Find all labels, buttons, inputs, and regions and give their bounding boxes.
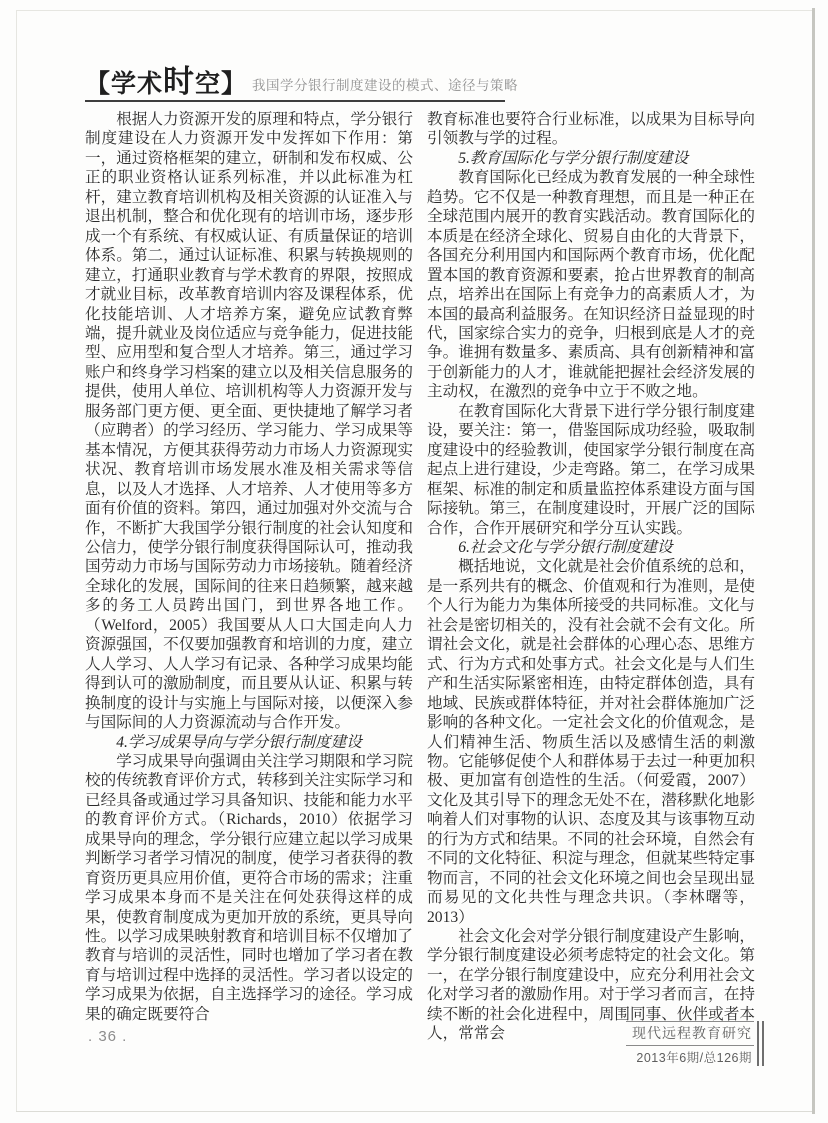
running-head-article-title: 我国学分银行制度建设的模式、途径与策略 <box>252 74 518 97</box>
paragraph-continuation: 教育标准也要符合行业标准，以成果为目标导向引领教与学的过程。 <box>427 110 755 149</box>
scan-edge-top <box>16 10 812 11</box>
header-rule <box>85 100 505 102</box>
scan-edge-bottom <box>16 1111 814 1112</box>
journal-issue: 2013年6期/总126期 <box>636 1046 754 1066</box>
scan-edge-left <box>16 10 17 1111</box>
section-heading-5: 5.教育国际化与学分银行制度建设 <box>427 149 755 168</box>
column-logo: 【学术时空】 <box>85 66 247 97</box>
paragraph: 学习成果导向强调由关注学习期限和学习院校的传统教育评价方式，转移到关注实际学习和… <box>85 752 413 1024</box>
scanned-paper-page: 【学术时空】 我国学分银行制度建设的模式、途径与策略 根据人力资源开发的原理和特… <box>0 0 828 1123</box>
paragraph: 在教育国际化大背景下进行学分银行制度建设，要关注：第一，借鉴国际成功经验，吸取制… <box>427 402 755 538</box>
journal-footer-double-bar <box>757 1021 764 1066</box>
article-body: 根据人力资源开发的原理和特点，学分银行制度建设在人力资源开发中发挥如下作用：第一… <box>85 110 755 1044</box>
logo-bracket-suffix: 空】 <box>195 71 247 98</box>
section-heading-6: 6.社会文化与学分银行制度建设 <box>427 538 755 557</box>
scan-edge-right <box>812 8 815 1114</box>
page-number: . 36 . <box>88 1028 127 1045</box>
page-header: 【学术时空】 我国学分银行制度建设的模式、途径与策略 <box>85 66 518 97</box>
logo-bracket-prefix: 【学术 <box>85 71 163 98</box>
right-column: 教育标准也要符合行业标准，以成果为目标导向引领教与学的过程。 5.教育国际化与学… <box>427 110 755 1044</box>
journal-name: 现代远程教育研究 <box>626 1021 754 1046</box>
section-heading-4: 4.学习成果导向与学分银行制度建设 <box>85 733 413 752</box>
paragraph: 概括地说，文化就是社会价值系统的总和，是一系列共有的概念、价值观和行为准则，是使… <box>427 557 755 927</box>
paragraph: 根据人力资源开发的原理和特点，学分银行制度建设在人力资源开发中发挥如下作用：第一… <box>85 110 413 733</box>
paragraph: 教育国际化已经成为教育发展的一种全球性趋势。它不仅是一种教育理想，而且是一种正在… <box>427 168 755 401</box>
journal-footer-text: 现代远程教育研究 2013年6期/总126期 <box>626 1021 754 1066</box>
logo-accent-char: 时 <box>163 64 195 99</box>
left-column: 根据人力资源开发的原理和特点，学分银行制度建设在人力资源开发中发挥如下作用：第一… <box>85 110 413 1044</box>
journal-footer: 现代远程教育研究 2013年6期/总126期 <box>626 1021 764 1066</box>
